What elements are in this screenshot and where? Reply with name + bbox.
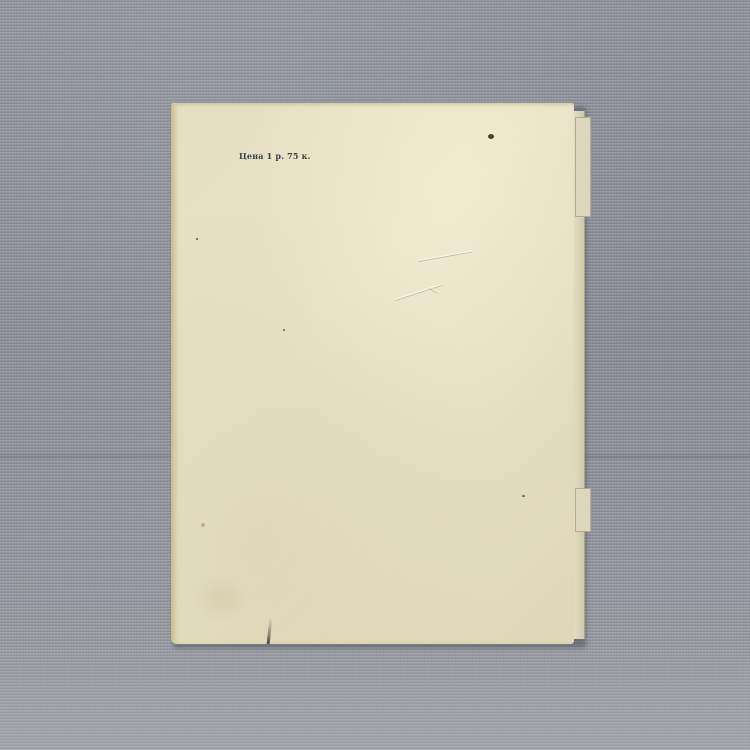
crease-mark	[430, 287, 439, 293]
speck	[283, 329, 285, 331]
paper-stain	[191, 573, 251, 623]
booklet: Цена 1 р. 75 к.	[171, 103, 584, 644]
speck	[196, 238, 198, 240]
ink-spot	[488, 134, 494, 139]
protruding-page-top	[575, 117, 591, 217]
bottom-edge-tear	[267, 618, 273, 644]
protruding-page-bottom	[575, 488, 591, 532]
spine-edge	[171, 103, 178, 644]
back-cover: Цена 1 р. 75 к.	[171, 103, 574, 644]
speck	[522, 495, 525, 497]
crease-mark	[418, 250, 472, 261]
speck	[201, 523, 205, 527]
price-label: Цена 1 р. 75 к.	[239, 151, 311, 161]
fabric-foreground	[0, 640, 750, 750]
